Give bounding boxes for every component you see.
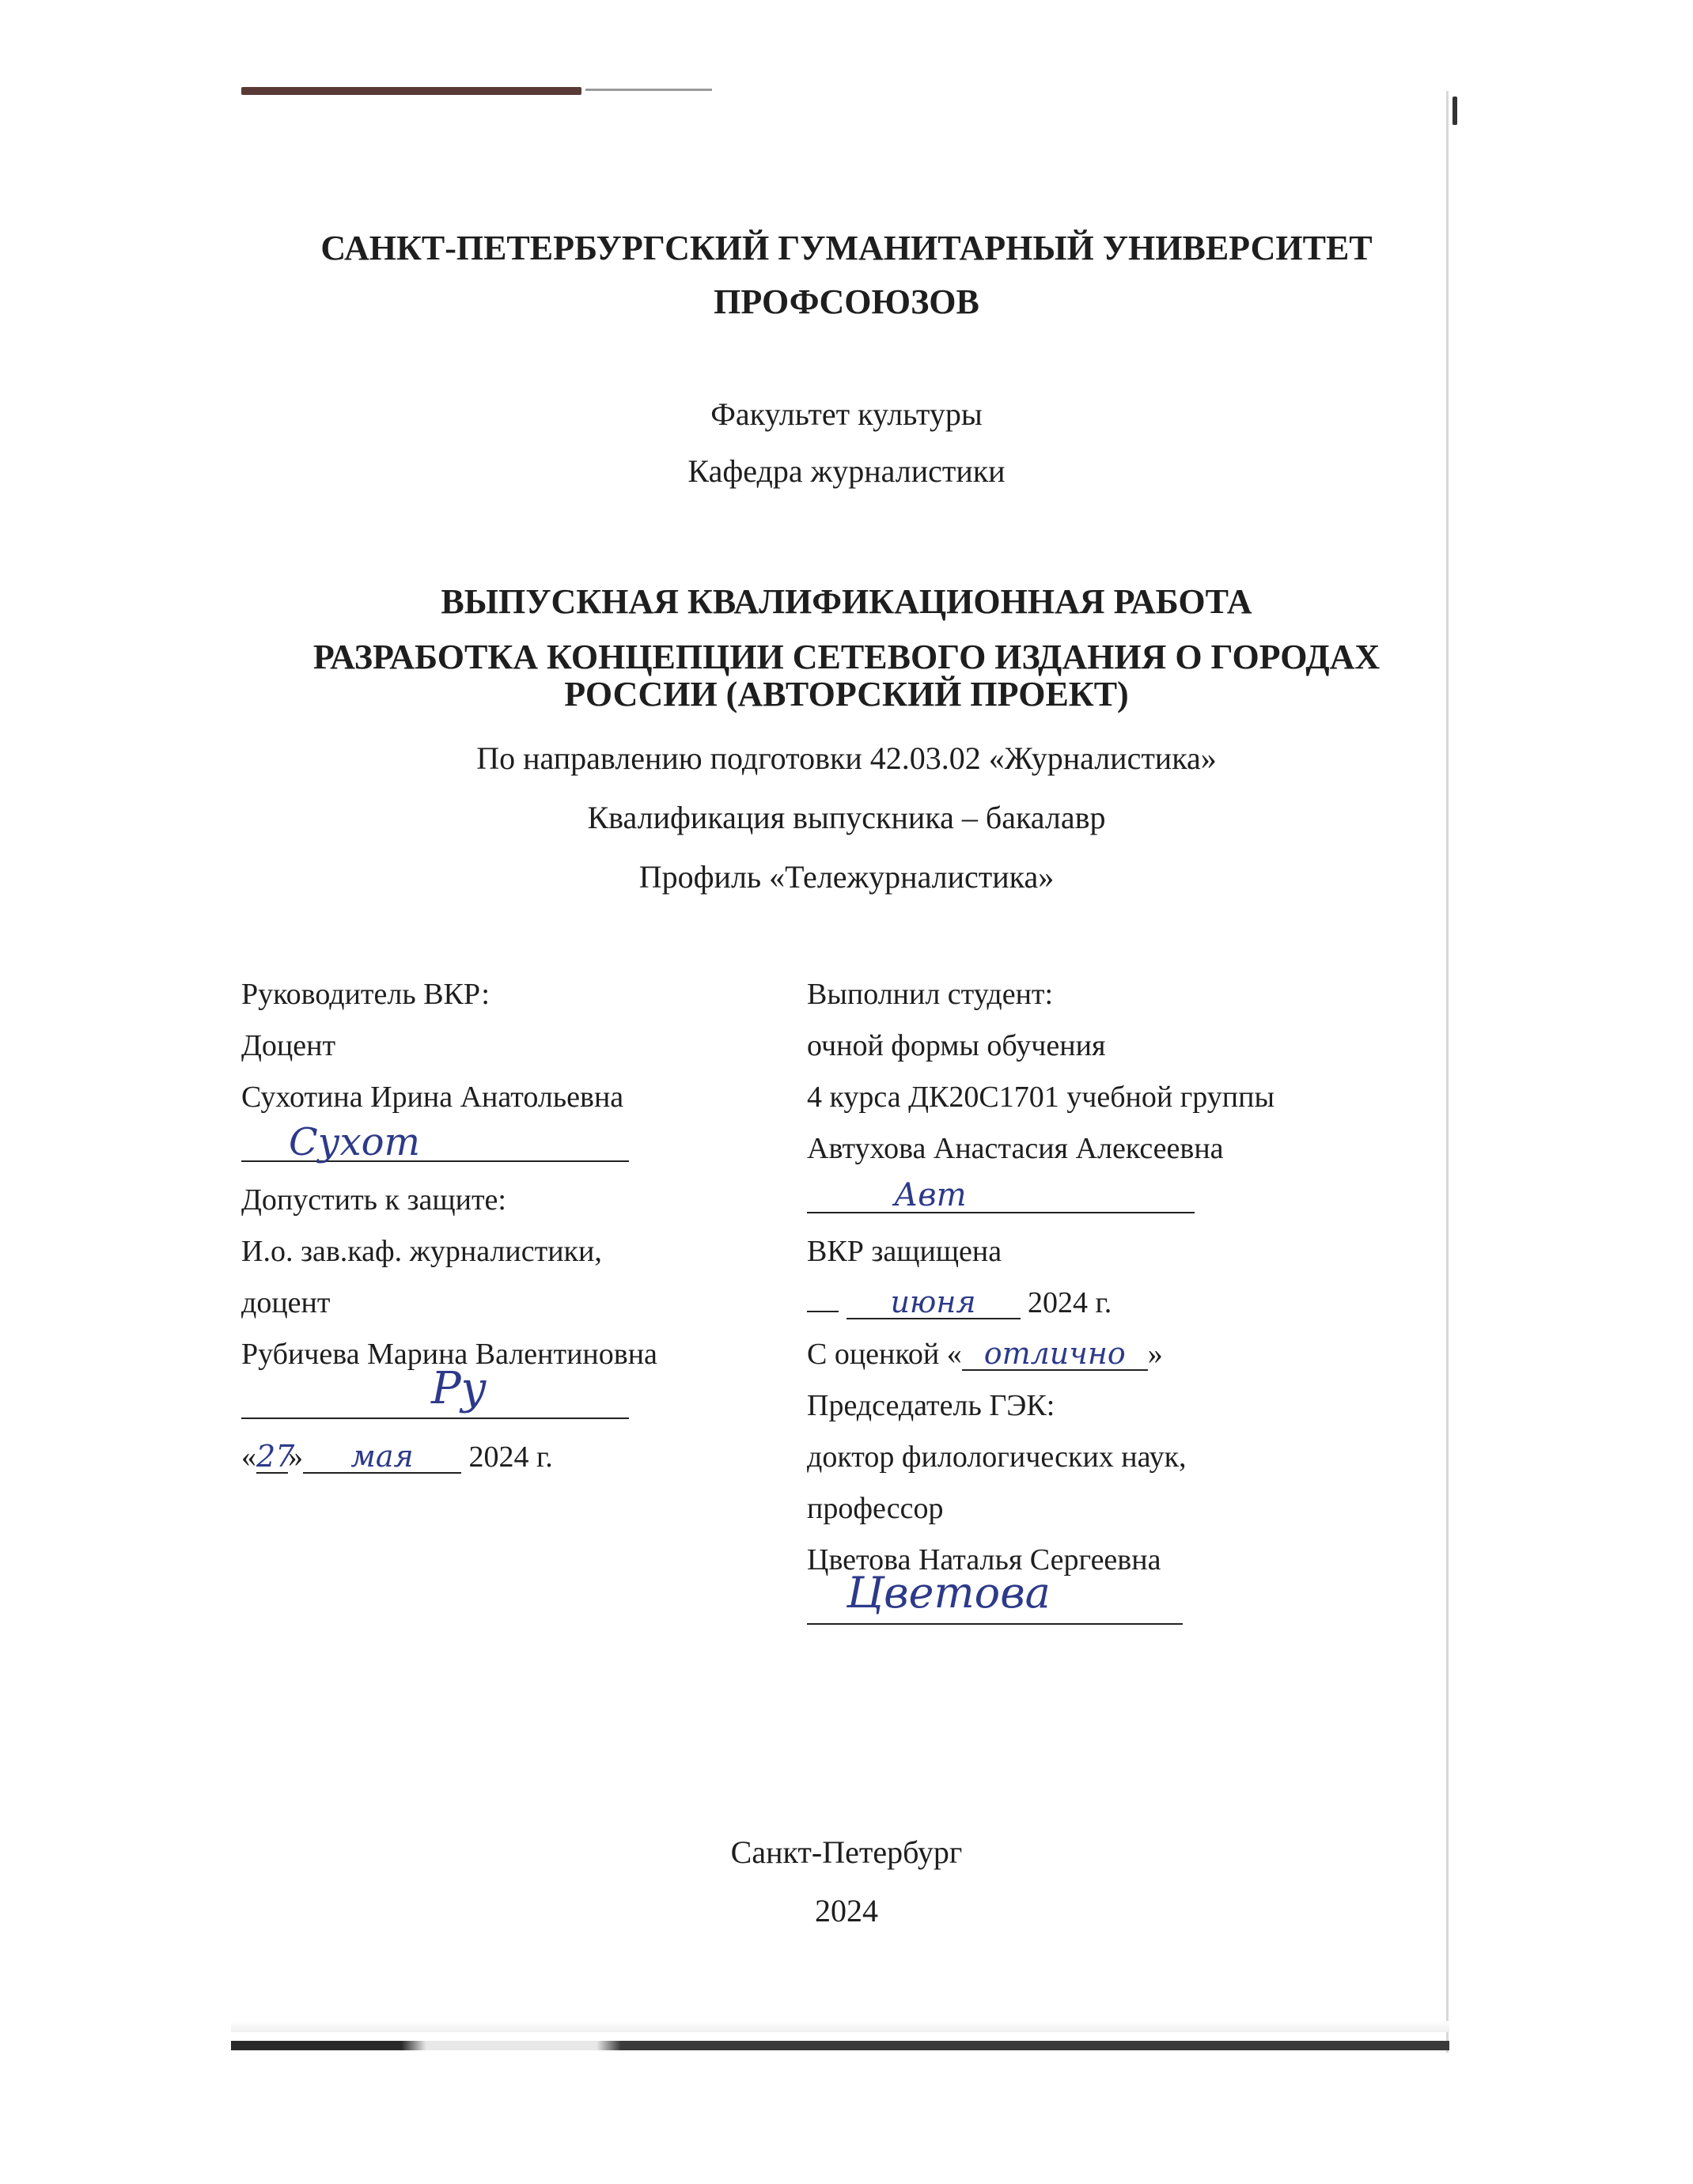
chair-degree: доктор филологических наук, xyxy=(807,1432,1274,1483)
work-title-line2: РОССИИ (АВТОРСКИЙ ПРОЕКТ) xyxy=(237,674,1456,714)
supervisor-position: Доцент xyxy=(241,1020,657,1072)
head-signature: Ру xyxy=(431,1363,487,1414)
chair-signature: Цветова xyxy=(846,1567,1051,1618)
admit-label: Допустить к защите: xyxy=(241,1175,657,1226)
student-signature-line: Авт xyxy=(807,1175,1274,1226)
signature-underline xyxy=(807,1212,1195,1213)
qualification: Квалификация выпускника – бакалавр xyxy=(237,799,1456,836)
profile: Профиль «Тележурналистика» xyxy=(237,858,1456,895)
supervisor-signature-line: Сухот xyxy=(241,1123,657,1175)
defense-date: июня 2024 г. xyxy=(807,1277,1274,1329)
title-page: САНКТ-ПЕТЕРБУРГСКИЙ ГУМАНИТАРНЫЙ УНИВЕРС… xyxy=(0,0,1693,2184)
student-label: Выполнил студент: xyxy=(807,969,1274,1020)
student-name: Автухова Анастасия Алексеевна xyxy=(807,1123,1274,1175)
study-direction: По направлению подготовки 42.03.02 «Журн… xyxy=(237,740,1456,777)
scan-edge-top xyxy=(241,87,581,95)
city: Санкт-Петербург xyxy=(237,1834,1456,1871)
defense-day xyxy=(807,1311,839,1312)
study-form: очной формы обучения xyxy=(807,1020,1274,1072)
defended-label: ВКР защищена xyxy=(807,1226,1274,1277)
admit-date: «27»мая 2024 г. xyxy=(241,1432,657,1483)
left-column: Руководитель ВКР: Доцент Сухотина Ирина … xyxy=(241,969,657,1483)
student-signature: Авт xyxy=(894,1170,967,1221)
head-signature-line: Ру xyxy=(241,1380,657,1432)
faculty: Факультет культуры xyxy=(237,396,1456,433)
year: 2024 xyxy=(237,1892,1456,1929)
university-name-line1: САНКТ-ПЕТЕРБУРГСКИЙ ГУМАНИТАРНЫЙ УНИВЕРС… xyxy=(237,228,1456,268)
scan-shadow-bottom xyxy=(231,2021,1449,2032)
grade-value: отлично xyxy=(962,1338,1148,1371)
signature-underline xyxy=(807,1623,1183,1625)
scan-mark-right xyxy=(1452,97,1457,125)
scan-edge-right xyxy=(1446,91,1449,2053)
work-title-line1: РАЗРАБОТКА КОНЦЕПЦИИ СЕТЕВОГО ИЗДАНИЯ О … xyxy=(237,637,1456,677)
admit-year: 2024 г. xyxy=(469,1440,553,1474)
chair-label: Председатель ГЭК: xyxy=(807,1380,1274,1432)
student-group: 4 курса ДК20С1701 учебной группы xyxy=(807,1072,1274,1123)
head-position-line1: И.о. зав.каф. журналистики, xyxy=(241,1226,657,1277)
grade-suffix: » xyxy=(1148,1338,1163,1371)
defense-year: 2024 г. xyxy=(1028,1286,1112,1319)
supervisor-signature: Сухот xyxy=(289,1117,420,1168)
admit-month: мая xyxy=(303,1440,461,1474)
chair-title: профессор xyxy=(807,1483,1274,1535)
quote-open: « xyxy=(241,1440,256,1474)
signature-underline xyxy=(241,1418,629,1419)
supervisor-name: Сухотина Ирина Анатольевна xyxy=(241,1072,657,1123)
university-name-line2: ПРОФСОЮЗОВ xyxy=(237,282,1456,322)
grade-prefix: С оценкой « xyxy=(807,1338,962,1371)
work-type: ВЫПУСКНАЯ КВАЛИФИКАЦИОННАЯ РАБОТА xyxy=(237,581,1456,622)
scan-edge-bottom xyxy=(231,2041,1449,2050)
department: Кафедра журналистики xyxy=(237,452,1456,490)
admit-day: 27 xyxy=(256,1440,288,1474)
head-position-line2: доцент xyxy=(241,1277,657,1329)
scan-edge-top-faint xyxy=(585,89,712,91)
grade: С оценкой «отлично» xyxy=(807,1329,1274,1380)
right-column: Выполнил студент: очной формы обучения 4… xyxy=(807,969,1274,1637)
supervisor-label: Руководитель ВКР: xyxy=(241,969,657,1020)
chair-signature-line: Цветова xyxy=(807,1586,1274,1637)
defense-month: июня xyxy=(846,1286,1021,1319)
quote-close: » xyxy=(288,1440,303,1474)
